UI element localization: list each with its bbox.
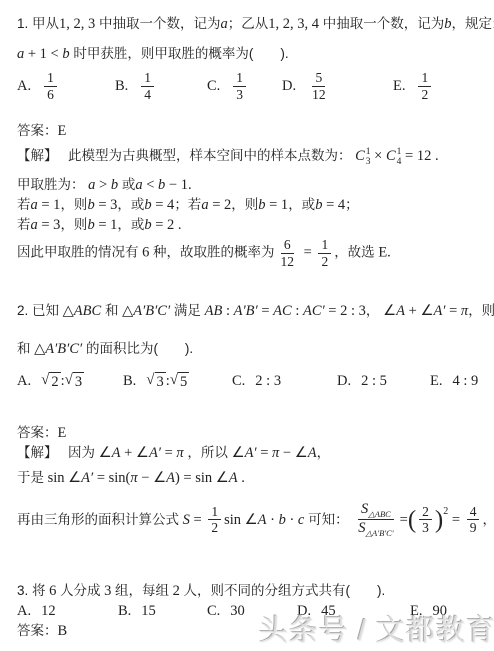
numerator: 1 [318, 237, 331, 254]
math-variable: b [279, 511, 286, 527]
text: 于是 [17, 470, 44, 485]
math-roman: 6 [139, 245, 154, 261]
math-variable: A′B′ [234, 303, 258, 319]
text: ，则 [231, 197, 258, 212]
square-root: √5 [170, 372, 189, 391]
radicand: 5 [178, 372, 189, 391]
math-roman: × [371, 148, 386, 164]
math-roman: + 1 < [24, 46, 62, 62]
q1-options: A.16B.14C.13D.512E.12 [17, 66, 494, 106]
math-variable: a [135, 177, 142, 193]
math-variable: A′ [81, 470, 93, 486]
math-variable: AC′ [303, 303, 325, 319]
math-roman: = [161, 445, 176, 461]
math-variable: A′B′C′ [133, 303, 170, 319]
q2-answer: 答案：E [17, 423, 494, 443]
numerator: S△ABC [358, 501, 394, 521]
math-roman: = [257, 445, 272, 461]
option-label: B. [118, 603, 131, 620]
math-roman: △ [118, 303, 133, 319]
combination-symbol: C14 [386, 147, 401, 167]
base: C [355, 147, 365, 166]
q2-options: A.√2 : √3B.√3 : √5C.2 : 3D.2 : 5E.4 : 9 [17, 367, 494, 397]
math-variable: A [229, 470, 238, 486]
math-variable: A [112, 445, 121, 461]
math-roman: · [286, 511, 298, 527]
q2-sol2: 于是 sin ∠A′ = sin(π − ∠A) = sin ∠A . [17, 468, 494, 488]
numerator: 4 [467, 504, 480, 521]
math-roman: = 4 [152, 197, 175, 213]
option-label: A. [17, 78, 31, 95]
text: 可知： [304, 511, 348, 526]
math-roman: = [448, 511, 463, 527]
q2-line1: 2. 已知 △ABC 和 △A′B′C′ 满足 AB : A′B′ = AC :… [17, 301, 494, 321]
big-paren: ( [408, 506, 416, 533]
option-label: D. [337, 373, 351, 390]
math-roman: = [445, 303, 460, 319]
math-roman: + ∠ [121, 445, 149, 461]
text: 人，则不同的分组方式共有( ). [184, 583, 386, 598]
q2-options-d: D.2 : 5 [337, 367, 387, 397]
option-value: 16 [41, 70, 60, 102]
math-roman: ) = sin ∠ [175, 470, 229, 486]
math-roman: = [400, 511, 408, 527]
math-roman: . [238, 470, 245, 486]
math-roman: 12 [41, 603, 56, 620]
fraction: 12 [208, 504, 221, 536]
radical-icon: √ [41, 372, 49, 389]
q1-options-b: B.14 [115, 66, 157, 106]
big-paren: ) [435, 506, 443, 533]
text: 【解】 此模型为古典概型，样本空间中的样本点数为： [17, 148, 352, 163]
math-roman: + ∠ [405, 303, 433, 319]
math-roman: = 2 . [152, 217, 182, 233]
option-value: 512 [306, 70, 332, 102]
math-roman: 1, 2, 3 [59, 16, 95, 32]
math-roman: 2 : 3 [255, 373, 281, 390]
option-label: C. [232, 373, 245, 390]
math-roman: = 12 . [401, 148, 438, 164]
math-roman: = 2 : 3 [325, 303, 366, 319]
text: 组，每组 [115, 583, 169, 598]
math-roman: 2 : 5 [361, 373, 387, 390]
fraction: 12 [318, 237, 331, 269]
text: ， [317, 445, 331, 460]
q2-options-c: C.2 : 3 [232, 367, 281, 397]
math-roman: : [292, 303, 303, 319]
q2-sol1: 【解】 因为 ∠A + ∠A′ = π ，所以 ∠A′ = π − ∠A， [17, 443, 494, 463]
q1-sol2: 甲取胜为： a > b 或a < b − 1. [17, 175, 494, 195]
text: 甲取胜为： [17, 177, 85, 192]
option-label: C. [207, 78, 220, 95]
math-variable: π [130, 470, 137, 486]
q1-options-a: A.16 [17, 66, 60, 106]
math-roman: · [266, 511, 278, 527]
math-variable: A [308, 445, 317, 461]
q1-options-e: E.12 [393, 66, 434, 106]
q1-sol3: 若a = 1，则b = 3，或b = 4；若a = 2，则b = 1，或b = … [17, 195, 494, 215]
math-variable: a [31, 197, 38, 213]
math-variable: AC [273, 303, 292, 319]
q1-sol5: 因此甲取胜的情况有 6 种，故取胜的概率为612 = 12，故选 E. [17, 237, 494, 269]
math-variable: A′ [433, 303, 445, 319]
option-label: B. [123, 373, 136, 390]
math-variable: b [444, 16, 451, 32]
denominator: 9 [467, 520, 480, 536]
q2-options-a: A.√2 : √3 [17, 367, 84, 397]
math-variable: A [396, 303, 405, 319]
q1-options-c: C.13 [207, 66, 249, 106]
radicand: 3 [155, 372, 166, 391]
text: 再由三角形的面积计算公式 [17, 511, 179, 526]
math-roman: − ∠ [138, 470, 166, 486]
fraction: 13 [233, 70, 246, 102]
math-roman: = 1 [266, 197, 289, 213]
radical-icon: √ [146, 372, 154, 389]
math-roman: = 4 [322, 197, 345, 213]
denominator: 3 [419, 520, 432, 536]
text: ，则 [60, 197, 87, 212]
math-variable: π [176, 445, 183, 461]
math-roman: = sin( [93, 470, 130, 486]
math-variable: AB [205, 303, 223, 319]
subscript: △ABC [368, 509, 391, 519]
q1-sol4: 若a = 3，则b = 1，或b = 2 . [17, 215, 494, 235]
denominator: S△A′B′C′ [355, 520, 396, 539]
math-worksheet-document: 1. 甲从1, 2, 3 中抽取一个数，记为a；乙从1, 2, 3, 4 中抽取… [0, 0, 494, 651]
text: 1. 甲从 [17, 16, 59, 31]
math-variable: A [166, 470, 175, 486]
text: 【解】 因为 [17, 445, 95, 460]
q1-sol1: 【解】 此模型为古典概型，样本空间中的样本点数为： C13 × C14 = 12… [17, 146, 494, 166]
math-variable: b [111, 177, 118, 193]
math-roman: E. [375, 245, 391, 261]
text: ，所以 [184, 445, 228, 460]
text: ，则 [60, 217, 87, 232]
text: 3. 将 [17, 583, 46, 598]
math-variable: b [87, 197, 94, 213]
fraction: 12 [418, 70, 431, 102]
option-label: D. [282, 78, 296, 95]
fraction: 23 [419, 504, 432, 536]
q1-line2: a + 1 < b 时甲获胜，则甲取胜的概率为( ). [17, 44, 494, 64]
text: 答案： [17, 425, 58, 440]
text: 和 [101, 303, 118, 318]
numerator: 1 [233, 70, 246, 87]
subscript: 4 [397, 158, 402, 168]
denominator: 2 [318, 254, 331, 270]
math-roman: △ [59, 303, 74, 319]
base: C [386, 147, 396, 166]
math-roman [349, 511, 353, 527]
math-variable: S [179, 511, 190, 527]
option-value: 15 [141, 603, 156, 620]
text: ；乙从 [228, 16, 269, 31]
math-roman: : [222, 303, 233, 319]
radical-icon: √ [65, 372, 73, 389]
fraction: 612 [278, 237, 298, 269]
math-roman: = [190, 511, 205, 527]
math-roman: sin ∠ [44, 470, 81, 486]
denominator: 12 [309, 87, 329, 103]
math-roman: △ [31, 341, 46, 357]
q3-options-a: A.12 [17, 602, 56, 620]
math-roman: 4 : 9 [452, 373, 478, 390]
text: ，或 [288, 197, 315, 212]
math-roman: E [58, 123, 67, 139]
radicand: 3 [73, 372, 84, 391]
math-roman: 30 [230, 603, 245, 620]
math-roman: − 1. [165, 177, 191, 193]
option-label: A. [17, 373, 31, 390]
math-variable: b [87, 217, 94, 233]
fraction: 512 [309, 70, 329, 102]
radical-icon: √ [170, 372, 178, 389]
q3-options-b: B.15 [118, 602, 156, 620]
q2-options-b: B.√3 : √5 [123, 367, 189, 397]
radicand: 2 [49, 372, 60, 391]
text: 中抽取一个数，记为 [95, 16, 220, 31]
text: 答案： [17, 123, 58, 138]
text: 中抽取一个数，记为 [319, 16, 444, 31]
math-roman: = 1 [95, 217, 118, 233]
math-variable: b [144, 217, 151, 233]
text: 2. 已知 [17, 303, 59, 318]
text: 种，故取胜的概率为 [153, 245, 275, 260]
text: ，或 [117, 197, 144, 212]
option-value: 2 : 5 [361, 373, 387, 390]
math-variable: a [31, 217, 38, 233]
denominator: 3 [233, 87, 246, 103]
q1-answer: 答案：E [17, 121, 494, 141]
math-roman: = 2 [209, 197, 232, 213]
numerator: 5 [312, 70, 325, 87]
text: ，故选 [334, 245, 375, 260]
subscript: △A′B′C′ [365, 528, 393, 538]
math-roman: 15 [141, 603, 156, 620]
math-roman: = 1 [38, 197, 61, 213]
math-variable: b [144, 197, 151, 213]
fraction: S△ABCS△A′B′C′ [355, 501, 396, 540]
math-roman: − ∠ [279, 445, 307, 461]
q2-sol3: 再由三角形的面积计算公式 S = 12sin ∠A · b · c 可知： S△… [17, 501, 494, 540]
math-variable: ABC [74, 303, 101, 319]
option-value: 14 [138, 70, 157, 102]
q3-line1: 3. 将 6 人分成 3 组，每组 2 人，则不同的分组方式共有( ). [17, 581, 494, 601]
text: ；若 [174, 197, 201, 212]
math-roman: < [143, 177, 158, 193]
denominator: 12 [278, 254, 298, 270]
numerator: 1 [141, 70, 154, 87]
text: ，则 [468, 303, 494, 318]
numerator: 1 [418, 70, 431, 87]
text: 时甲获胜，则甲取胜的概率为( ). [70, 46, 289, 61]
text: 或 [118, 177, 135, 192]
math-roman: 3 [101, 583, 116, 599]
text: ，故选 [482, 511, 494, 526]
option-label: C. [207, 603, 220, 620]
q1-options-d: D.512 [282, 66, 332, 106]
math-roman: = [258, 303, 273, 319]
text: 满足 [170, 303, 205, 318]
option-value: 4 : 9 [452, 373, 478, 390]
fraction: 49 [467, 504, 480, 536]
q2-options-e: E.4 : 9 [430, 367, 478, 397]
combination-symbol: C13 [355, 147, 370, 167]
text: ， [366, 303, 383, 318]
subscript: 3 [366, 158, 371, 168]
math-variable: A′ [245, 445, 257, 461]
q3-options-c: C.30 [207, 602, 245, 620]
text: ，规定当 [452, 16, 494, 31]
math-roman: 2 [169, 583, 184, 599]
text: 若 [17, 217, 31, 232]
math-variable: b [62, 46, 69, 62]
math-roman: ∠ [95, 445, 112, 461]
text: 答案： [17, 623, 58, 638]
math-variable: A′B′C′ [45, 341, 82, 357]
denominator: 2 [208, 520, 221, 536]
option-value: 30 [230, 603, 245, 620]
math-roman: = 3 [95, 197, 118, 213]
numerator: 1 [208, 504, 221, 521]
text: 和 [17, 341, 31, 356]
math-variable: a [201, 197, 208, 213]
math-variable: A′ [149, 445, 161, 461]
option-value: 12 [41, 603, 56, 620]
math-roman: E [58, 425, 67, 441]
option-value: 12 [415, 70, 434, 102]
numerator: 2 [419, 504, 432, 521]
q1-line1: 1. 甲从1, 2, 3 中抽取一个数，记为a；乙从1, 2, 3, 4 中抽取… [17, 14, 494, 34]
numerator: 6 [281, 237, 294, 254]
watermark: 头条号 / 文都教育 [259, 608, 494, 649]
square-root: √3 [146, 372, 165, 391]
fraction: 14 [141, 70, 154, 102]
math-roman: sin ∠ [224, 511, 258, 527]
math-roman: ∠ [228, 445, 245, 461]
option-label: B. [115, 78, 128, 95]
math-roman: 1, 2, 3, 4 [268, 16, 319, 32]
text: ； [345, 197, 359, 212]
text: 人分成 [60, 583, 101, 598]
denominator: 6 [44, 87, 57, 103]
math-roman: 6 [46, 583, 61, 599]
fraction: 16 [44, 70, 57, 102]
option-label: A. [17, 603, 31, 620]
text: 若 [17, 197, 31, 212]
q2-line2: 和 △A′B′C′ 的面积比为( ). [17, 339, 494, 359]
option-label: E. [430, 373, 442, 390]
math-roman: ∠ [383, 303, 396, 319]
text: 因此甲取胜的情况有 [17, 245, 139, 260]
option-value: √2 : √3 [41, 372, 84, 391]
math-variable: a [221, 16, 228, 32]
option-value: 13 [230, 70, 249, 102]
option-label: E. [393, 78, 405, 95]
square-root: √2 [41, 372, 60, 391]
option-value: 2 : 3 [255, 373, 281, 390]
math-roman: B [58, 623, 68, 639]
math-variable: b [258, 197, 265, 213]
option-value: √3 : √5 [146, 372, 189, 391]
denominator: 4 [141, 87, 154, 103]
text: ，或 [117, 217, 144, 232]
math-roman: = 3 [38, 217, 61, 233]
square-root: √3 [65, 372, 84, 391]
denominator: 2 [418, 87, 431, 103]
math-roman: = [300, 245, 315, 261]
numerator: 1 [44, 70, 57, 87]
text: 的面积比为( ). [82, 341, 193, 356]
math-roman: > [95, 177, 110, 193]
